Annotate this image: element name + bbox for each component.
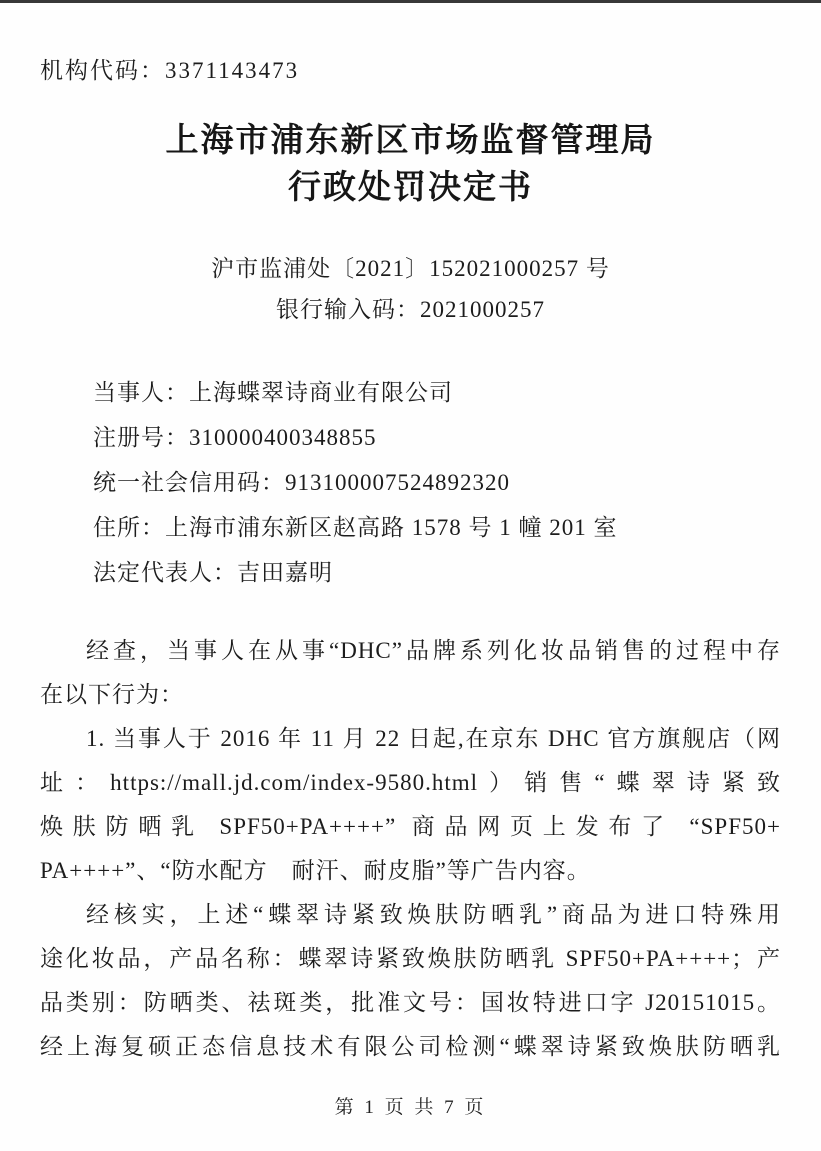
body-line: 经核实，上述“蝶翠诗紧致焕肤防晒乳”商品为进口特殊用 <box>40 893 781 937</box>
doc-number: 沪市监浦处〔2021〕152021000257 号 <box>40 252 781 285</box>
title-line-2: 行政处罚决定书 <box>40 163 781 210</box>
body-line: 址：https://mall.jd.com/index-9580.html）销售… <box>40 761 781 805</box>
page-number-footer: 第 1 页 共 7 页 <box>0 1092 821 1119</box>
body-line: PA++++”、“防水配方 耐汗、耐皮脂”等广告内容。 <box>40 849 781 893</box>
body-text-block: 经查，当事人在从事“DHC”品牌系列化妆品销售的过程中存 在以下行为： 1. 当… <box>40 629 781 1069</box>
body-line: 经上海复硕正态信息技术有限公司检测“蝶翠诗紧致焕肤防晒乳 <box>40 1025 781 1069</box>
body-line: 1. 当事人于 2016 年 11 月 22 日起,在京东 DHC 官方旗舰店（… <box>40 717 781 761</box>
bank-input-code: 银行输入码：2021000257 <box>40 293 781 326</box>
party-registration-no: 注册号：310000400348855 <box>93 415 781 460</box>
document-page: 机构代码：3371143473 上海市浦东新区市场监督管理局 行政处罚决定书 沪… <box>0 0 821 1151</box>
party-info-block: 当事人：上海蝶翠诗商业有限公司 注册号：310000400348855 统一社会… <box>40 370 781 595</box>
party-name: 当事人：上海蝶翠诗商业有限公司 <box>93 370 781 415</box>
title-line-1: 上海市浦东新区市场监督管理局 <box>40 116 781 163</box>
org-code: 机构代码：3371143473 <box>40 56 781 86</box>
body-line: 焕肤防晒乳 SPF50+PA++++” 商品网页上发布了 “SPF50+ <box>40 805 781 849</box>
scan-edge-top <box>0 0 821 3</box>
body-line: 经查，当事人在从事“DHC”品牌系列化妆品销售的过程中存 <box>40 629 781 673</box>
party-legal-representative: 法定代表人：吉田嘉明 <box>93 550 781 595</box>
party-credit-code: 统一社会信用码：913100007524892320 <box>93 460 781 505</box>
body-line: 在以下行为： <box>40 673 781 717</box>
party-address: 住所：上海市浦东新区赵高路 1578 号 1 幢 201 室 <box>93 505 781 550</box>
body-line: 途化妆品，产品名称：蝶翠诗紧致焕肤防晒乳 SPF50+PA++++；产 <box>40 937 781 981</box>
body-line: 品类别：防晒类、祛斑类，批准文号：国妆特进口字 J20151015。 <box>40 981 781 1025</box>
document-title: 上海市浦东新区市场监督管理局 行政处罚决定书 <box>40 116 781 210</box>
